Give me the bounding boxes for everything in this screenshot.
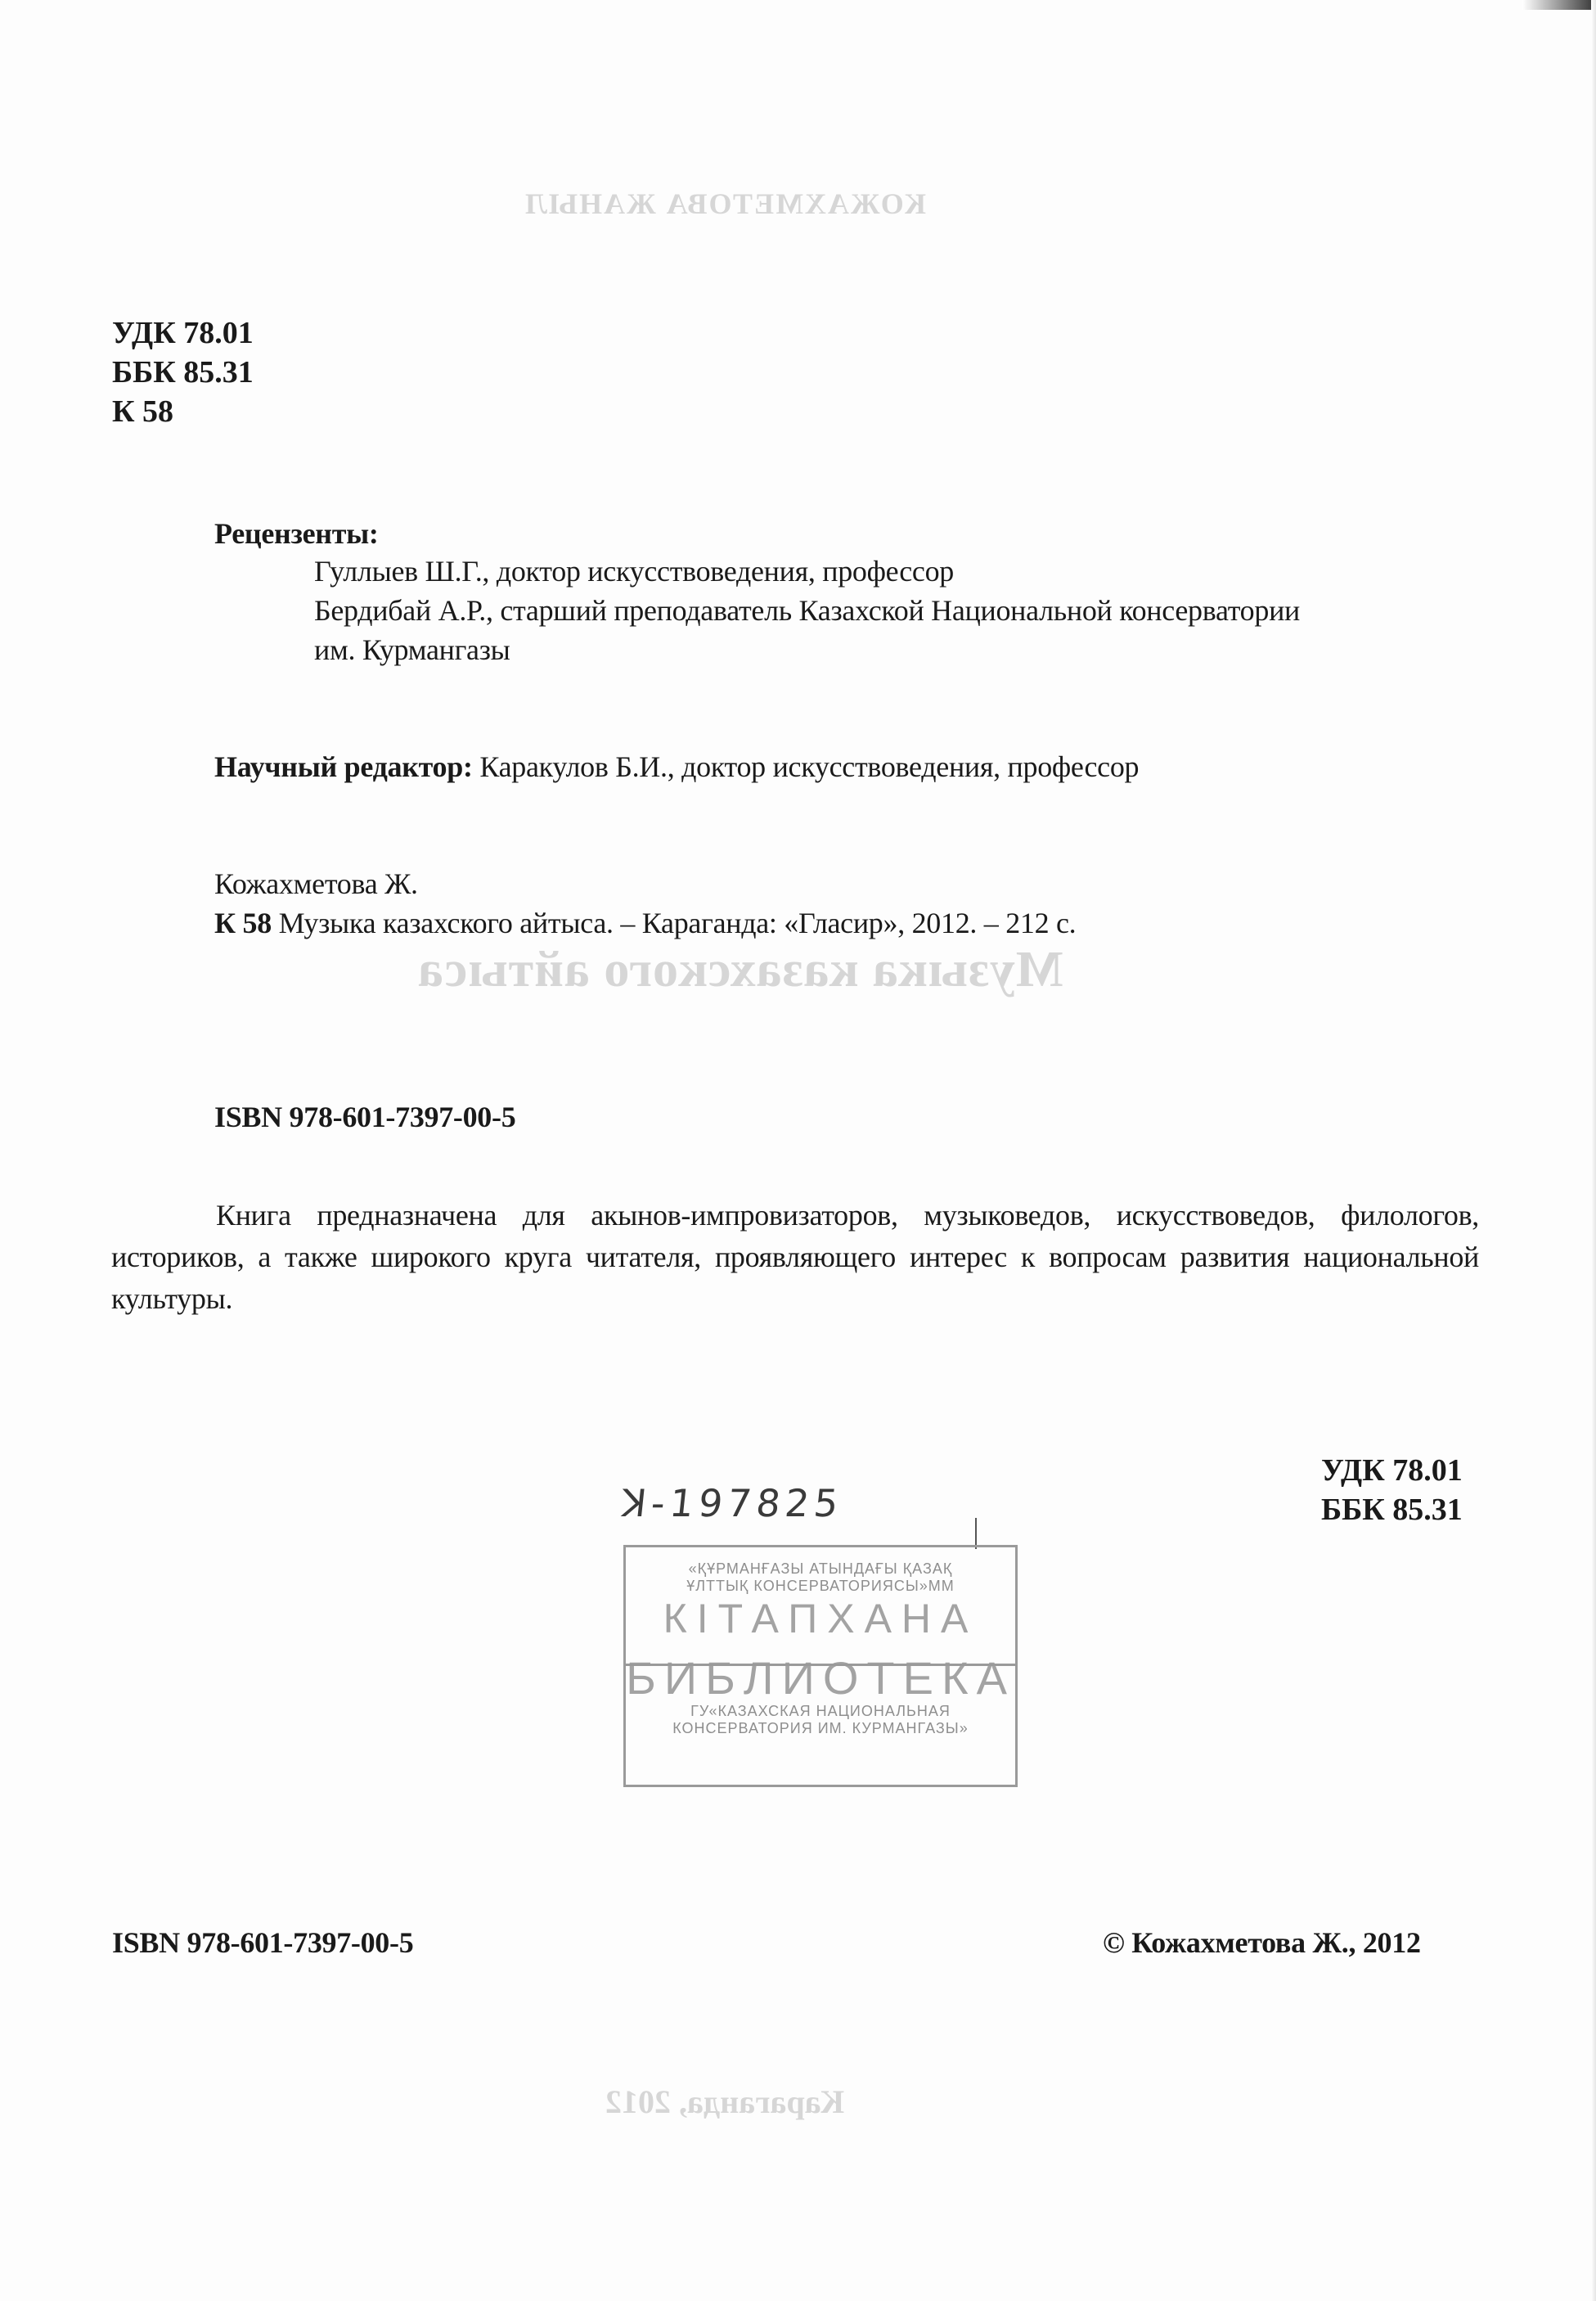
stamp-line-4: КОНСЕРВАТОРИЯ ИМ. КУРМАНГАЗЫ»: [626, 1720, 1015, 1737]
bleed-through-city-year: Караганда, 2012: [605, 2083, 844, 2121]
stamp-line-1: «ҚҰРМАНҒАЗЫ АТЫНДАҒЫ ҚАЗАҚ: [626, 1560, 1015, 1578]
reviewer-1: Гуллыев Ш.Г., доктор искусствоведения, п…: [314, 551, 954, 592]
bibliographic-description: Музыка казахского айтыса. – Караганда: «…: [272, 907, 1076, 939]
author-mark-top: К 58: [112, 391, 173, 432]
stamp-line-3: ГУ«КАЗАХСКАЯ НАЦИОНАЛЬНАЯ: [626, 1703, 1015, 1720]
copyright-notice: © Кожахметова Ж., 2012: [1103, 1922, 1421, 1963]
annotation-text: Книга предназначена для акынов-импровиза…: [111, 1199, 1479, 1315]
scientific-editor-value: Каракулов Б.И., доктор искусствоведения,…: [473, 750, 1140, 783]
reviewer-2-continued: им. Курмангазы: [314, 629, 510, 670]
stamp-title-ru: БИБЛИОТЕКА: [626, 1654, 1015, 1703]
stamp-divider: [626, 1664, 1015, 1666]
bbk-code-top: ББК 85.31: [112, 352, 254, 393]
udk-code-top: УДК 78.01: [112, 313, 254, 353]
bibliographic-entry: К 58 Музыка казахского айтыса. – Караган…: [214, 903, 1076, 943]
scientific-editor-label: Научный редактор:: [214, 750, 473, 783]
isbn-footer: ISBN 978-601-7397-00-5: [112, 1922, 413, 1963]
stamp-title-kz: КІТАПХАНА: [626, 1596, 1015, 1641]
bbk-code-bottom: ББК 85.31: [1321, 1489, 1463, 1530]
bleed-through-title: Музыка казахского айтыса: [417, 941, 1063, 999]
reviewer-2: Бердибай А.Р., старший преподаватель Каз…: [314, 590, 1300, 631]
handwritten-inventory-number: ꓘ-197825: [619, 1481, 845, 1525]
bibliographic-author: Кожахметова Ж.: [214, 863, 418, 904]
stamp-line-2: ҰЛТТЫҚ КОНСЕРВАТОРИЯСЫ»ММ: [626, 1578, 1015, 1595]
document-page: КОЖАХМЕТОВА ЖАНЫЛ Музыка казахского айты…: [0, 0, 1596, 2301]
bleed-through-author: КОЖАХМЕТОВА ЖАНЫЛ: [524, 187, 926, 221]
scan-edge-shadow: [1591, 0, 1596, 2301]
reviewers-heading: Рецензенты:: [214, 513, 379, 554]
scientific-editor: Научный редактор: Каракулов Б.И., доктор…: [214, 746, 1139, 787]
library-stamp: «ҚҰРМАНҒАЗЫ АТЫНДАҒЫ ҚАЗАҚ ҰЛТТЫҚ КОНСЕР…: [623, 1545, 1018, 1787]
isbn-top: ISBN 978-601-7397-00-5: [214, 1096, 515, 1137]
scan-corner-shadow: [1522, 0, 1596, 10]
udk-code-bottom: УДК 78.01: [1321, 1450, 1463, 1491]
bibliographic-mark: К 58: [214, 907, 272, 939]
annotation-paragraph: Книга предназначена для акынов-импровиза…: [111, 1195, 1479, 1320]
